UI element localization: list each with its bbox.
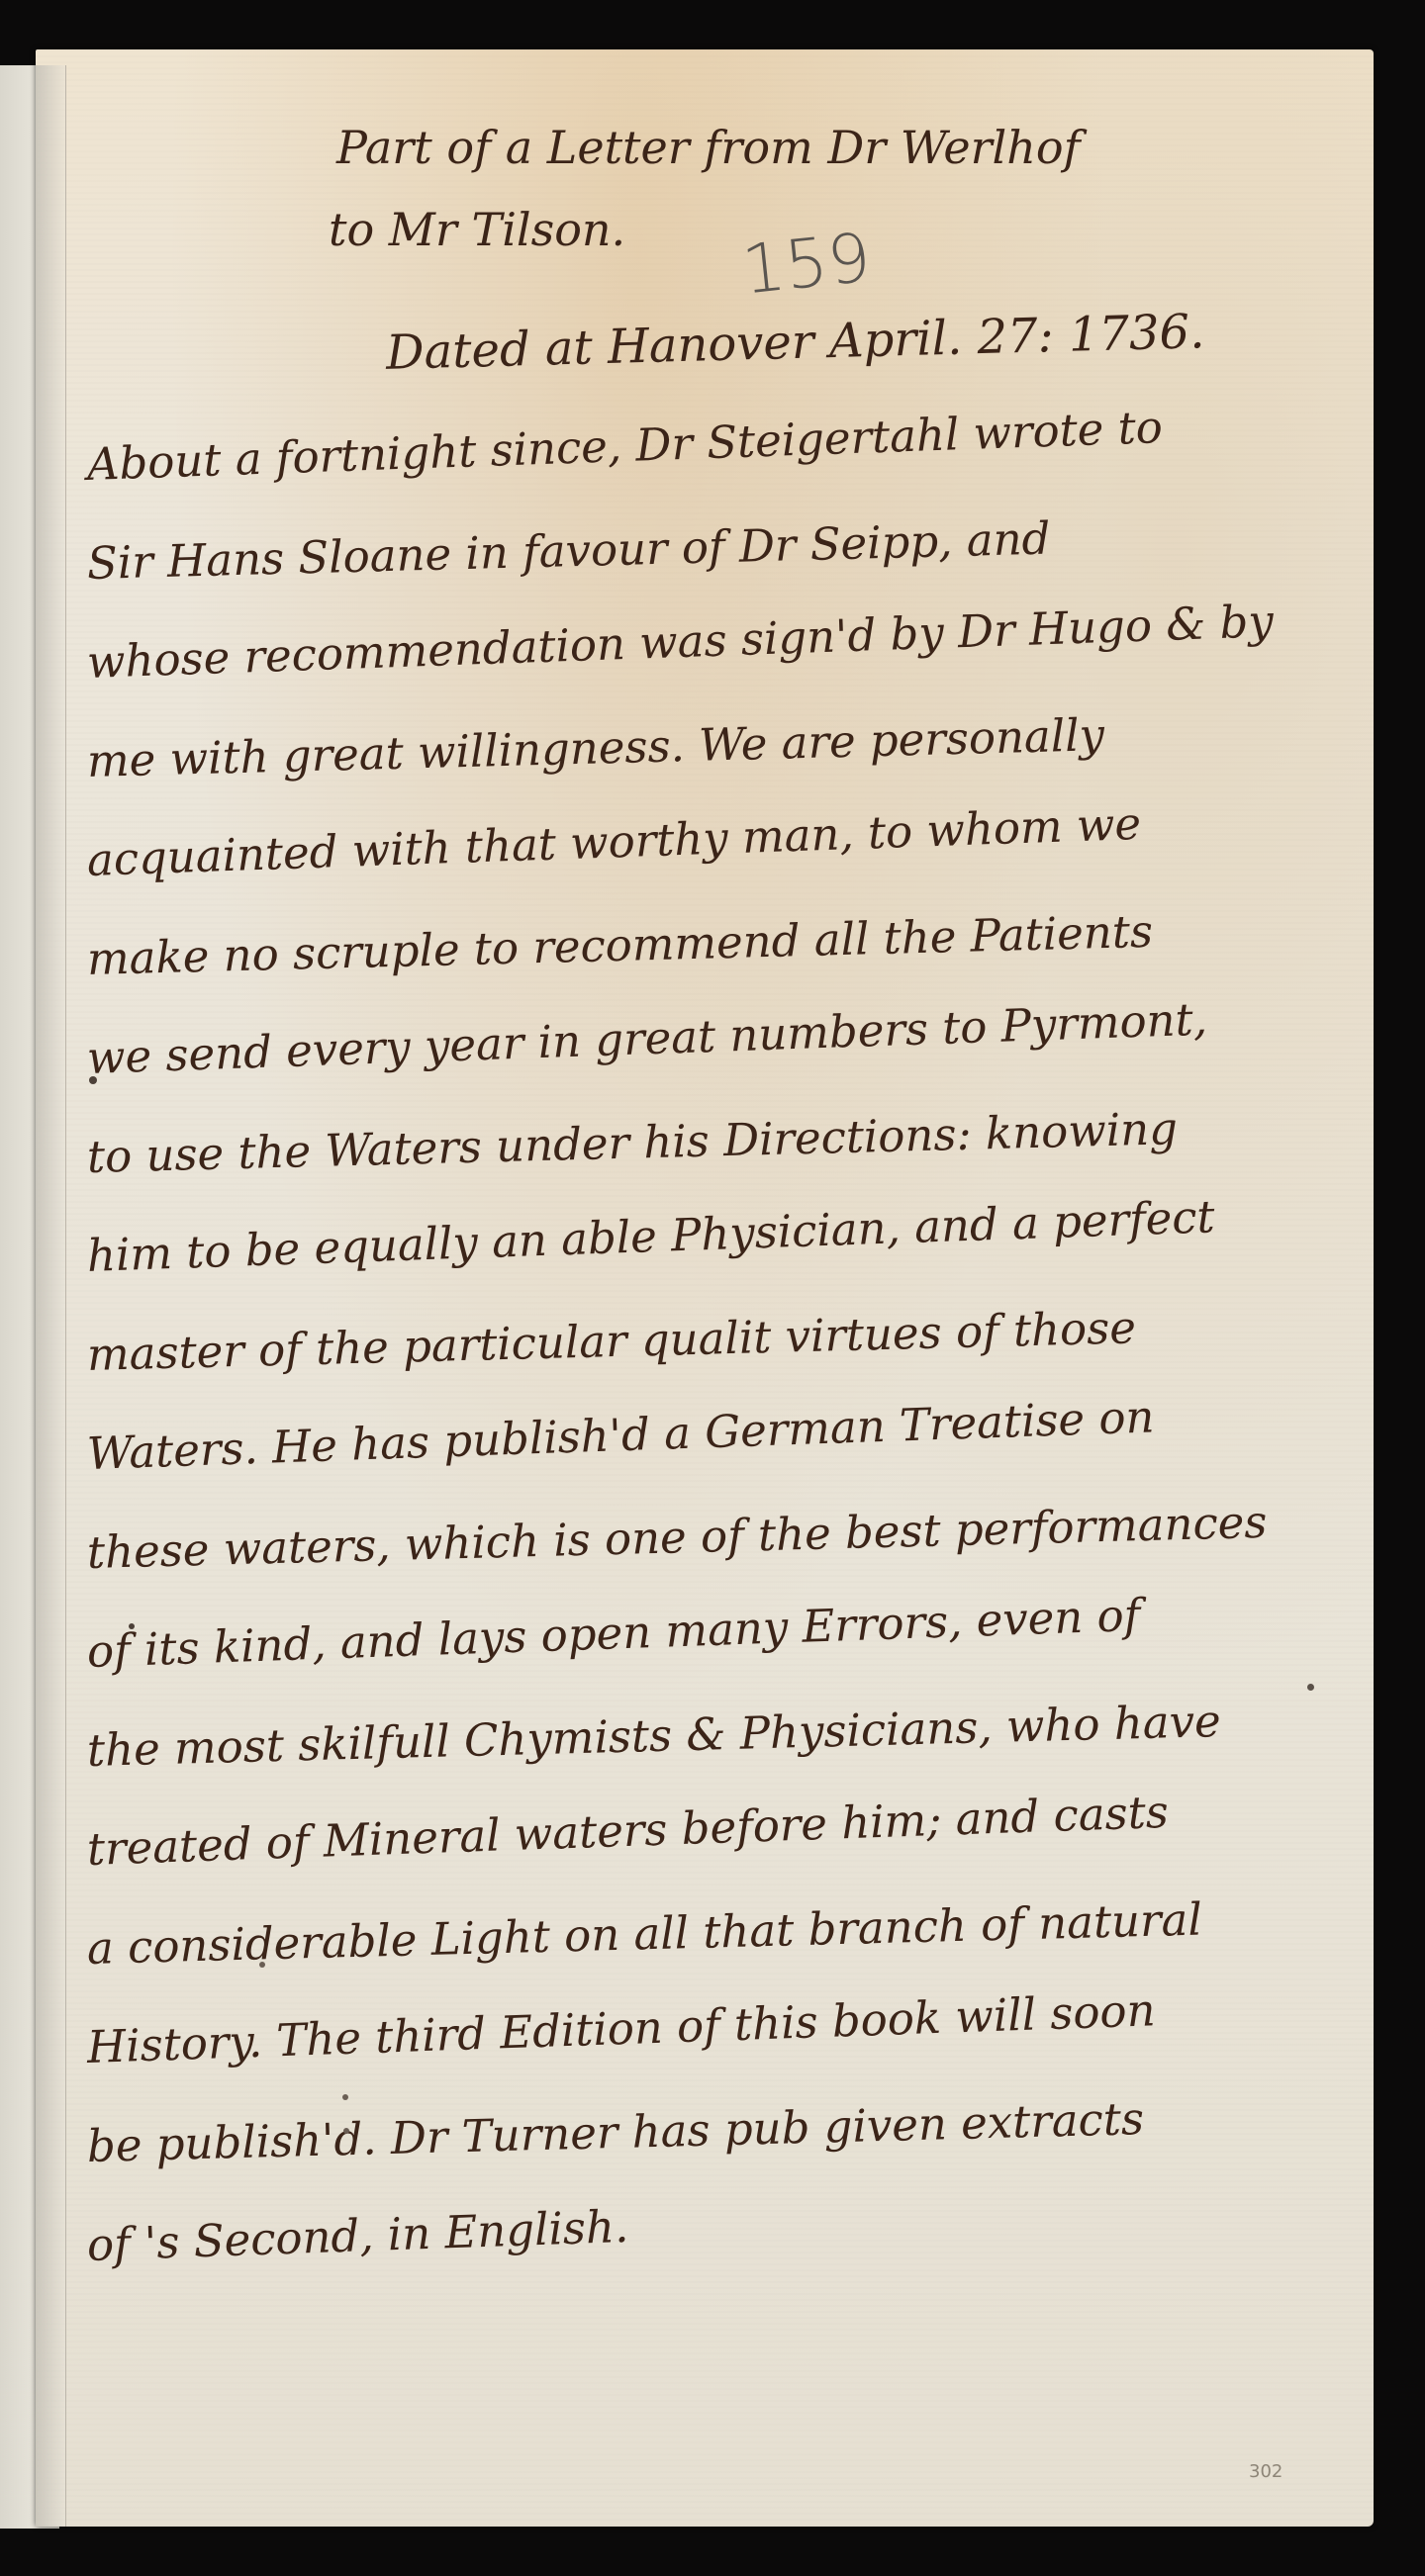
letter-body: About a fortnight since, Dr Steigertahl …	[87, 415, 1255, 2295]
corner-pencil-mark: 302	[1249, 2461, 1282, 2482]
ink-speck	[129, 1623, 135, 1629]
ink-speck	[259, 1962, 265, 1968]
ink-speck	[89, 1076, 97, 1084]
ink-speck	[1307, 1684, 1314, 1691]
ink-speck	[342, 2094, 348, 2100]
ink-speck	[343, 2128, 349, 2134]
binding-strip	[36, 65, 66, 2527]
heading-line-2: to Mr Tilson.	[329, 203, 625, 256]
folio-number: 159	[738, 219, 874, 310]
heading-line-1: Part of a Letter from Dr Werlhof	[336, 121, 1081, 174]
